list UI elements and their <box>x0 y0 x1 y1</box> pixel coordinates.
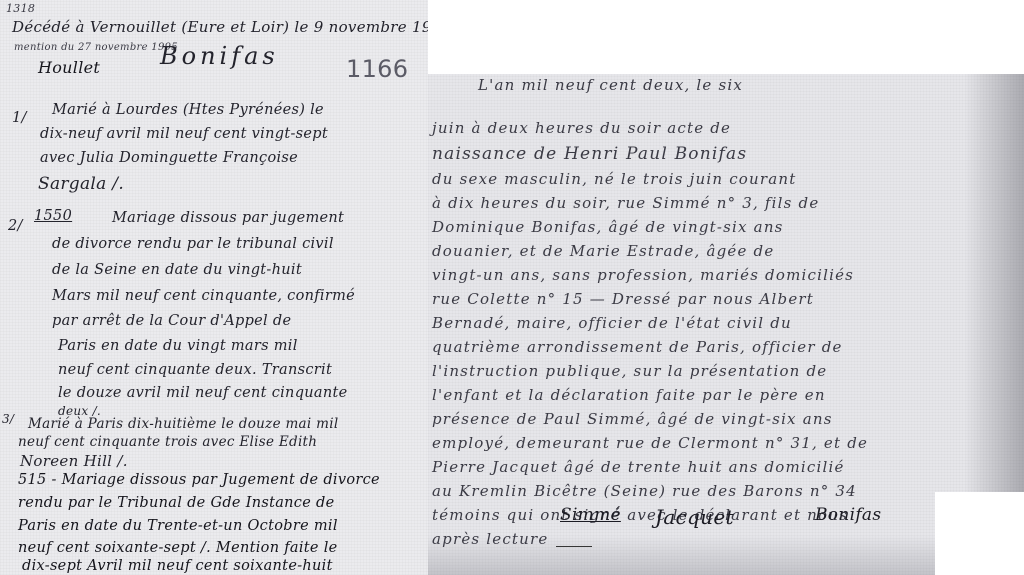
surname-heading: Bonifas <box>160 42 279 70</box>
record-line: Pierre Jacquet âgé de trente huit ans do… <box>432 458 845 476</box>
note-3-line: Marié à Paris dix-huitième le douze mai … <box>28 416 338 432</box>
note-4-line: rendu par le Tribunal de Gde Instance de <box>18 495 335 511</box>
note-2-number: 1550 <box>34 208 72 224</box>
note-4-line: neuf cent soixante-sept /. Mention faite… <box>18 540 338 556</box>
record-line: naissance de Henri Paul Bonifas <box>432 144 747 164</box>
note-4-line: Paris en date du Trente-et-un Octobre mi… <box>18 518 338 534</box>
record-line: rue Colette n° 15 — Dressé par nous Albe… <box>432 290 814 308</box>
note-1-marker: 1/ <box>12 110 27 126</box>
note-2-line: de la Seine en date du vingt-huit <box>52 262 302 278</box>
note-1-line: dix-neuf avril mil neuf cent vingt-sept <box>40 126 328 142</box>
note-4-line: dix-sept Avril mil neuf cent soixante-hu… <box>22 558 333 574</box>
signature-witness-2: Jacquet <box>655 505 734 529</box>
note-2-line: de divorce rendu par le tribunal civil <box>52 236 334 252</box>
record-line: quatrième arrondissement de Paris, offic… <box>432 338 843 356</box>
record-line: vingt-un ans, sans profession, mariés do… <box>432 266 854 284</box>
record-line: juin à deux heures du soir acte de <box>432 119 731 137</box>
note-2-marker: 2/ <box>8 218 23 234</box>
record-line: présence de Paul Simmé, âgé de vingt-six… <box>432 410 833 428</box>
record-line: témoins qui ont signé avec le déclarant … <box>432 506 848 524</box>
death-note-signature: Houllet <box>38 58 100 77</box>
death-note-mention: mention du 27 novembre 1995 <box>14 42 178 53</box>
note-2-line: neuf cent cinquante deux. Transcrit <box>58 362 332 378</box>
record-line: Dominique Bonifas, âgé de vingt-six ans <box>432 218 784 236</box>
note-3-line: neuf cent cinquante trois avec Elise Edi… <box>18 434 317 450</box>
record-line: l'enfant et la déclaration faite par le … <box>432 386 826 404</box>
record-line: du sexe masculin, né le trois juin coura… <box>432 170 797 188</box>
record-line: L'an mil neuf cent deux, le six <box>478 76 743 94</box>
signature-witness-1: Simmé <box>560 505 621 525</box>
note-2-line: par arrêt de la Cour d'Appel de <box>52 313 291 329</box>
record-line: l'instruction publique, sur la présentat… <box>432 362 827 380</box>
record-line: au Kremlin Bicêtre (Seine) rue des Baron… <box>432 482 857 500</box>
note-2-line: Paris en date du vingt mars mil <box>58 338 298 354</box>
note-3-marker: 3/ <box>2 412 14 426</box>
death-note-number: 1318 <box>6 2 35 15</box>
note-3-line: Noreen Hill /. <box>20 452 128 470</box>
record-line: douanier, et de Marie Estrade, âgée de <box>432 242 774 260</box>
blank-corner <box>935 492 1024 575</box>
signature-declarant: Bonifas <box>815 505 881 525</box>
left-margin-page: 1318 Décédé à Vernouillet (Eure et Loir)… <box>0 0 428 575</box>
note-2-line: Mars mil neuf cent cinquante, confirmé <box>52 288 355 304</box>
note-1-line: Sargala /. <box>38 174 124 194</box>
record-line: Bernadé, maire, officier de l'état civil… <box>432 314 792 332</box>
note-2-line: Mariage dissous par jugement <box>112 210 344 226</box>
note-2-line: le douze avril mil neuf cent cinquante <box>58 385 348 401</box>
note-1-line: Marié à Lourdes (Htes Pyrénées) le <box>52 102 324 118</box>
scan-shadow <box>428 535 935 575</box>
record-line: à dix heures du soir, rue Simmé n° 3, fi… <box>432 194 819 212</box>
note-4-line: 515 - Mariage dissous par Jugement de di… <box>18 472 380 488</box>
note-1-line: avec Julia Dominguette Françoise <box>40 150 298 166</box>
death-note-text: Décédé à Vernouillet (Eure et Loir) le 9… <box>12 18 428 36</box>
register-number: 1166 <box>346 55 408 83</box>
record-line: employé, demeurant rue de Clermont n° 31… <box>432 434 868 452</box>
